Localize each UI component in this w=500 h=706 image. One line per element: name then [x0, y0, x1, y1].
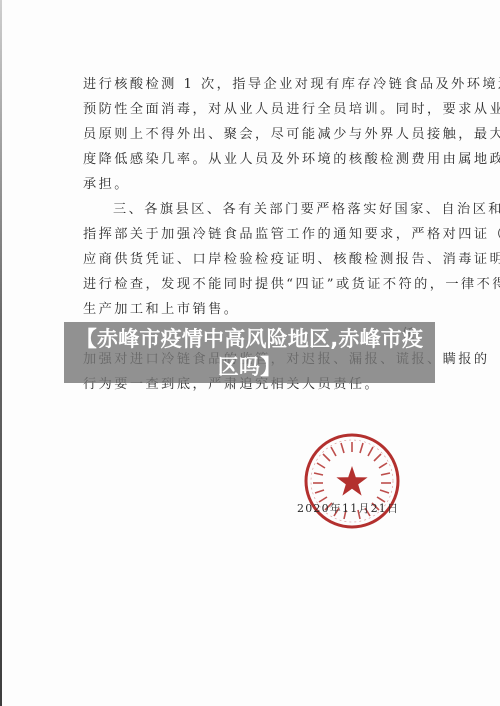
text-line: 承担。	[83, 172, 433, 197]
headline-line-1: 【赤峰市疫情中高风险地区,赤峰市疫	[64, 325, 435, 353]
document-page: 进行核酸检测 1 次，指导企业对现有库存冷链食品及外环境进行 预防性全面消毒，对…	[0, 0, 500, 706]
text-line: 进行核酸检测 1 次，指导企业对现有库存冷链食品及外环境进行	[83, 72, 433, 97]
text-line: 生产加工和上市销售。	[83, 297, 433, 322]
headline-overlay: 【赤峰市疫情中高风险地区,赤峰市疫 区吗】	[64, 322, 435, 383]
text-line: 应商供货凭证、口岸检验检疫证明、核酸检测报告、消毒证明）	[83, 247, 433, 272]
scan-edge	[0, 0, 2, 706]
text-line: 员原则上不得外出、聚会，尽可能减少与外界人员接触，最大限	[83, 122, 433, 147]
text-line: 进行检查，发现不能同时提供“四证”或货证不符的，一律不得	[83, 272, 433, 297]
text-line: 三、各旗县区、各有关部门要严格落实好国家、自治区和市	[83, 197, 433, 222]
text-line: 预防性全面消毒，对从业人员进行全员培训。同时，要求从业人	[83, 97, 433, 122]
text-line: 度降低感染几率。从业人员及外环境的核酸检测费用由属地政府	[83, 147, 433, 172]
document-date: 2020年11月21日	[297, 500, 399, 516]
headline-line-2: 区吗】	[64, 353, 435, 381]
text-line: 指挥部关于加强冷链食品监管工作的通知要求，严格对四证（供	[83, 222, 433, 247]
